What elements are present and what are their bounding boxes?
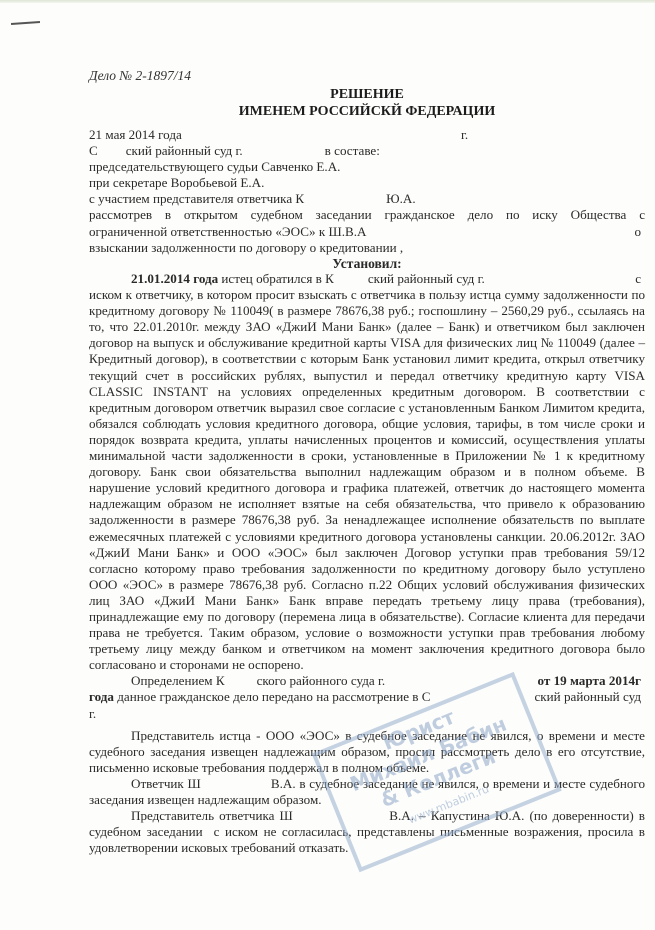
title-subheading: ИМЕНЕМ РОССИЙСКЙ ФЕДЕРАЦИИ xyxy=(89,103,645,120)
p1-text-a: истец обратился в К xyxy=(218,271,334,286)
paragraph-4: Ответчик Ш В.А. в судебное заседание не … xyxy=(89,776,645,808)
representative-line: с участием представителя ответчика КЮ.А. xyxy=(89,191,645,207)
established-heading: Установил: xyxy=(89,256,645,272)
ruling-year-word: года xyxy=(89,689,114,704)
p2-text-a: Определением К xyxy=(131,673,225,688)
considering-line-1: рассмотрев в открытом судебном заседании… xyxy=(89,207,645,223)
considering-line-2: ограниченной ответственностью «ЭОС» к Ш.… xyxy=(89,224,645,240)
secretary-line: при секретаре Воробьевой Е.А. xyxy=(89,175,645,191)
preposition: о xyxy=(634,224,641,240)
representative-initials: Ю.А. xyxy=(386,191,415,206)
paragraph-5: Представитель ответчика Ш В.А. – Капусти… xyxy=(89,808,645,856)
plaintiff-defendant: ограниченной ответственностью «ЭОС» к Ш.… xyxy=(89,224,366,239)
court-line: Сский районный суд г.в составе: xyxy=(89,143,645,159)
title-decision: РЕШЕНИЕ xyxy=(89,86,645,103)
paragraph-3: Представитель истца - ООО «ЭОС» в судебн… xyxy=(89,728,645,776)
p2-text-b: ского районного суда г. xyxy=(257,673,386,688)
p1-text-b: ский районный суд г. xyxy=(368,271,485,286)
scan-mark xyxy=(11,21,40,25)
court-composition: в составе: xyxy=(325,143,380,158)
court-name-start: С xyxy=(89,143,98,158)
p2-text-c: данное гражданское дело передано на расс… xyxy=(114,689,431,704)
judge-line: председательствующего судьи Савченко Е.А… xyxy=(89,159,645,175)
paragraph-2-second-line: года данное гражданское дело передано на… xyxy=(89,689,645,705)
city-label: г. xyxy=(461,127,468,143)
paragraph-2-first-line: Определением Кского районного суда г. от… xyxy=(89,673,645,689)
case-number: Дело № 2-1897/14 xyxy=(89,68,191,84)
representative-text: с участием представителя ответчика К xyxy=(89,191,304,206)
p2-text-d: ский районный суд xyxy=(535,689,642,705)
paragraph-2-third-line: г. xyxy=(89,706,645,722)
header-block: 21 мая 2014 года г. Сский районный суд г… xyxy=(89,127,645,272)
p1-text-c: с xyxy=(635,271,641,287)
date-line: 21 мая 2014 года г. xyxy=(89,127,645,143)
scan-top-edge xyxy=(0,0,655,3)
considering-line-3: взыскании задолженности по договору о кр… xyxy=(89,240,645,256)
decision-date: 21 мая 2014 года xyxy=(89,127,182,142)
document-body: 21.01.2014 года истец обратился в Кский … xyxy=(89,271,645,856)
document-title: РЕШЕНИЕ ИМЕНЕМ РОССИЙСКЙ ФЕДЕРАЦИИ xyxy=(89,86,645,120)
paragraph-1-first-line: 21.01.2014 года истец обратился в Кский … xyxy=(89,271,645,287)
filing-date: 21.01.2014 года xyxy=(131,271,218,286)
ruling-date: от 19 марта 2014г xyxy=(538,673,641,689)
paragraph-1: иском к ответчику, в котором просит взыс… xyxy=(89,287,645,673)
court-name-end: ский районный суд г. xyxy=(126,143,243,158)
